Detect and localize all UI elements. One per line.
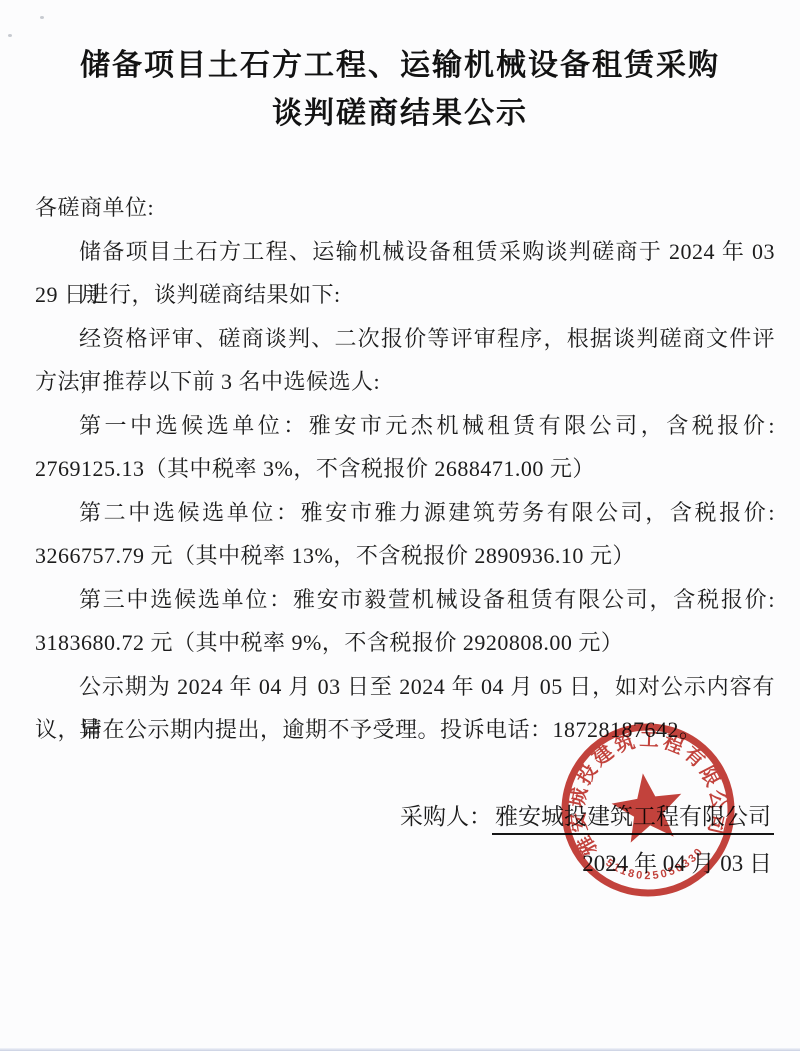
- document-body: 各磋商单位: 储备项目土石方工程、运输机械设备租赁采购谈判磋商于 2024 年 …: [35, 186, 775, 752]
- purchaser-label: 采购人：: [400, 804, 492, 829]
- scan-artifact: [8, 34, 12, 37]
- body-line: 第二中选候选单位：雅安市雅力源建筑劳务有限公司，含税报价:: [35, 491, 775, 535]
- scan-artifact: [40, 16, 44, 19]
- body-line: 第一中选候选单位：雅安市元杰机械租赁有限公司，含税报价:: [35, 404, 775, 448]
- salutation-line: 各磋商单位:: [35, 186, 775, 230]
- body-line: 2769125.13（其中税率 3%，不含税报价 2688471.00 元）: [35, 447, 775, 491]
- body-line: 经资格评审、磋商谈判、二次报价等评审程序，根据谈判磋商文件评审: [35, 317, 775, 361]
- star-icon: [608, 768, 687, 844]
- body-line: 3266757.79 元（其中税率 13%，不含税报价 2890936.10 元…: [35, 534, 775, 578]
- document-page: 储备项目土石方工程、运输机械设备租赁采购 谈判磋商结果公示 各磋商单位: 储备项…: [0, 0, 800, 1051]
- body-line: 29 日进行，谈判磋商结果如下:: [35, 273, 775, 317]
- body-line: 3183680.72 元（其中税率 9%，不含税报价 2920808.00 元）: [35, 621, 775, 665]
- body-line: 方法，推荐以下前 3 名中选候选人:: [35, 360, 775, 404]
- body-line: 公示期为 2024 年 04 月 03 日至 2024 年 04 月 05 日，…: [35, 665, 775, 709]
- document-title-line-1: 储备项目土石方工程、运输机械设备租赁采购: [0, 42, 800, 90]
- body-line: 储备项目土石方工程、运输机械设备租赁采购谈判磋商于 2024 年 03 月: [35, 230, 775, 274]
- body-line: 第三中选候选单位：雅安市毅萱机械设备租赁有限公司，含税报价:: [35, 578, 775, 622]
- official-seal: 雅安城投建筑工程有限公司 5118025050330: [546, 708, 749, 911]
- document-title-line-2: 谈判磋商结果公示: [0, 90, 800, 138]
